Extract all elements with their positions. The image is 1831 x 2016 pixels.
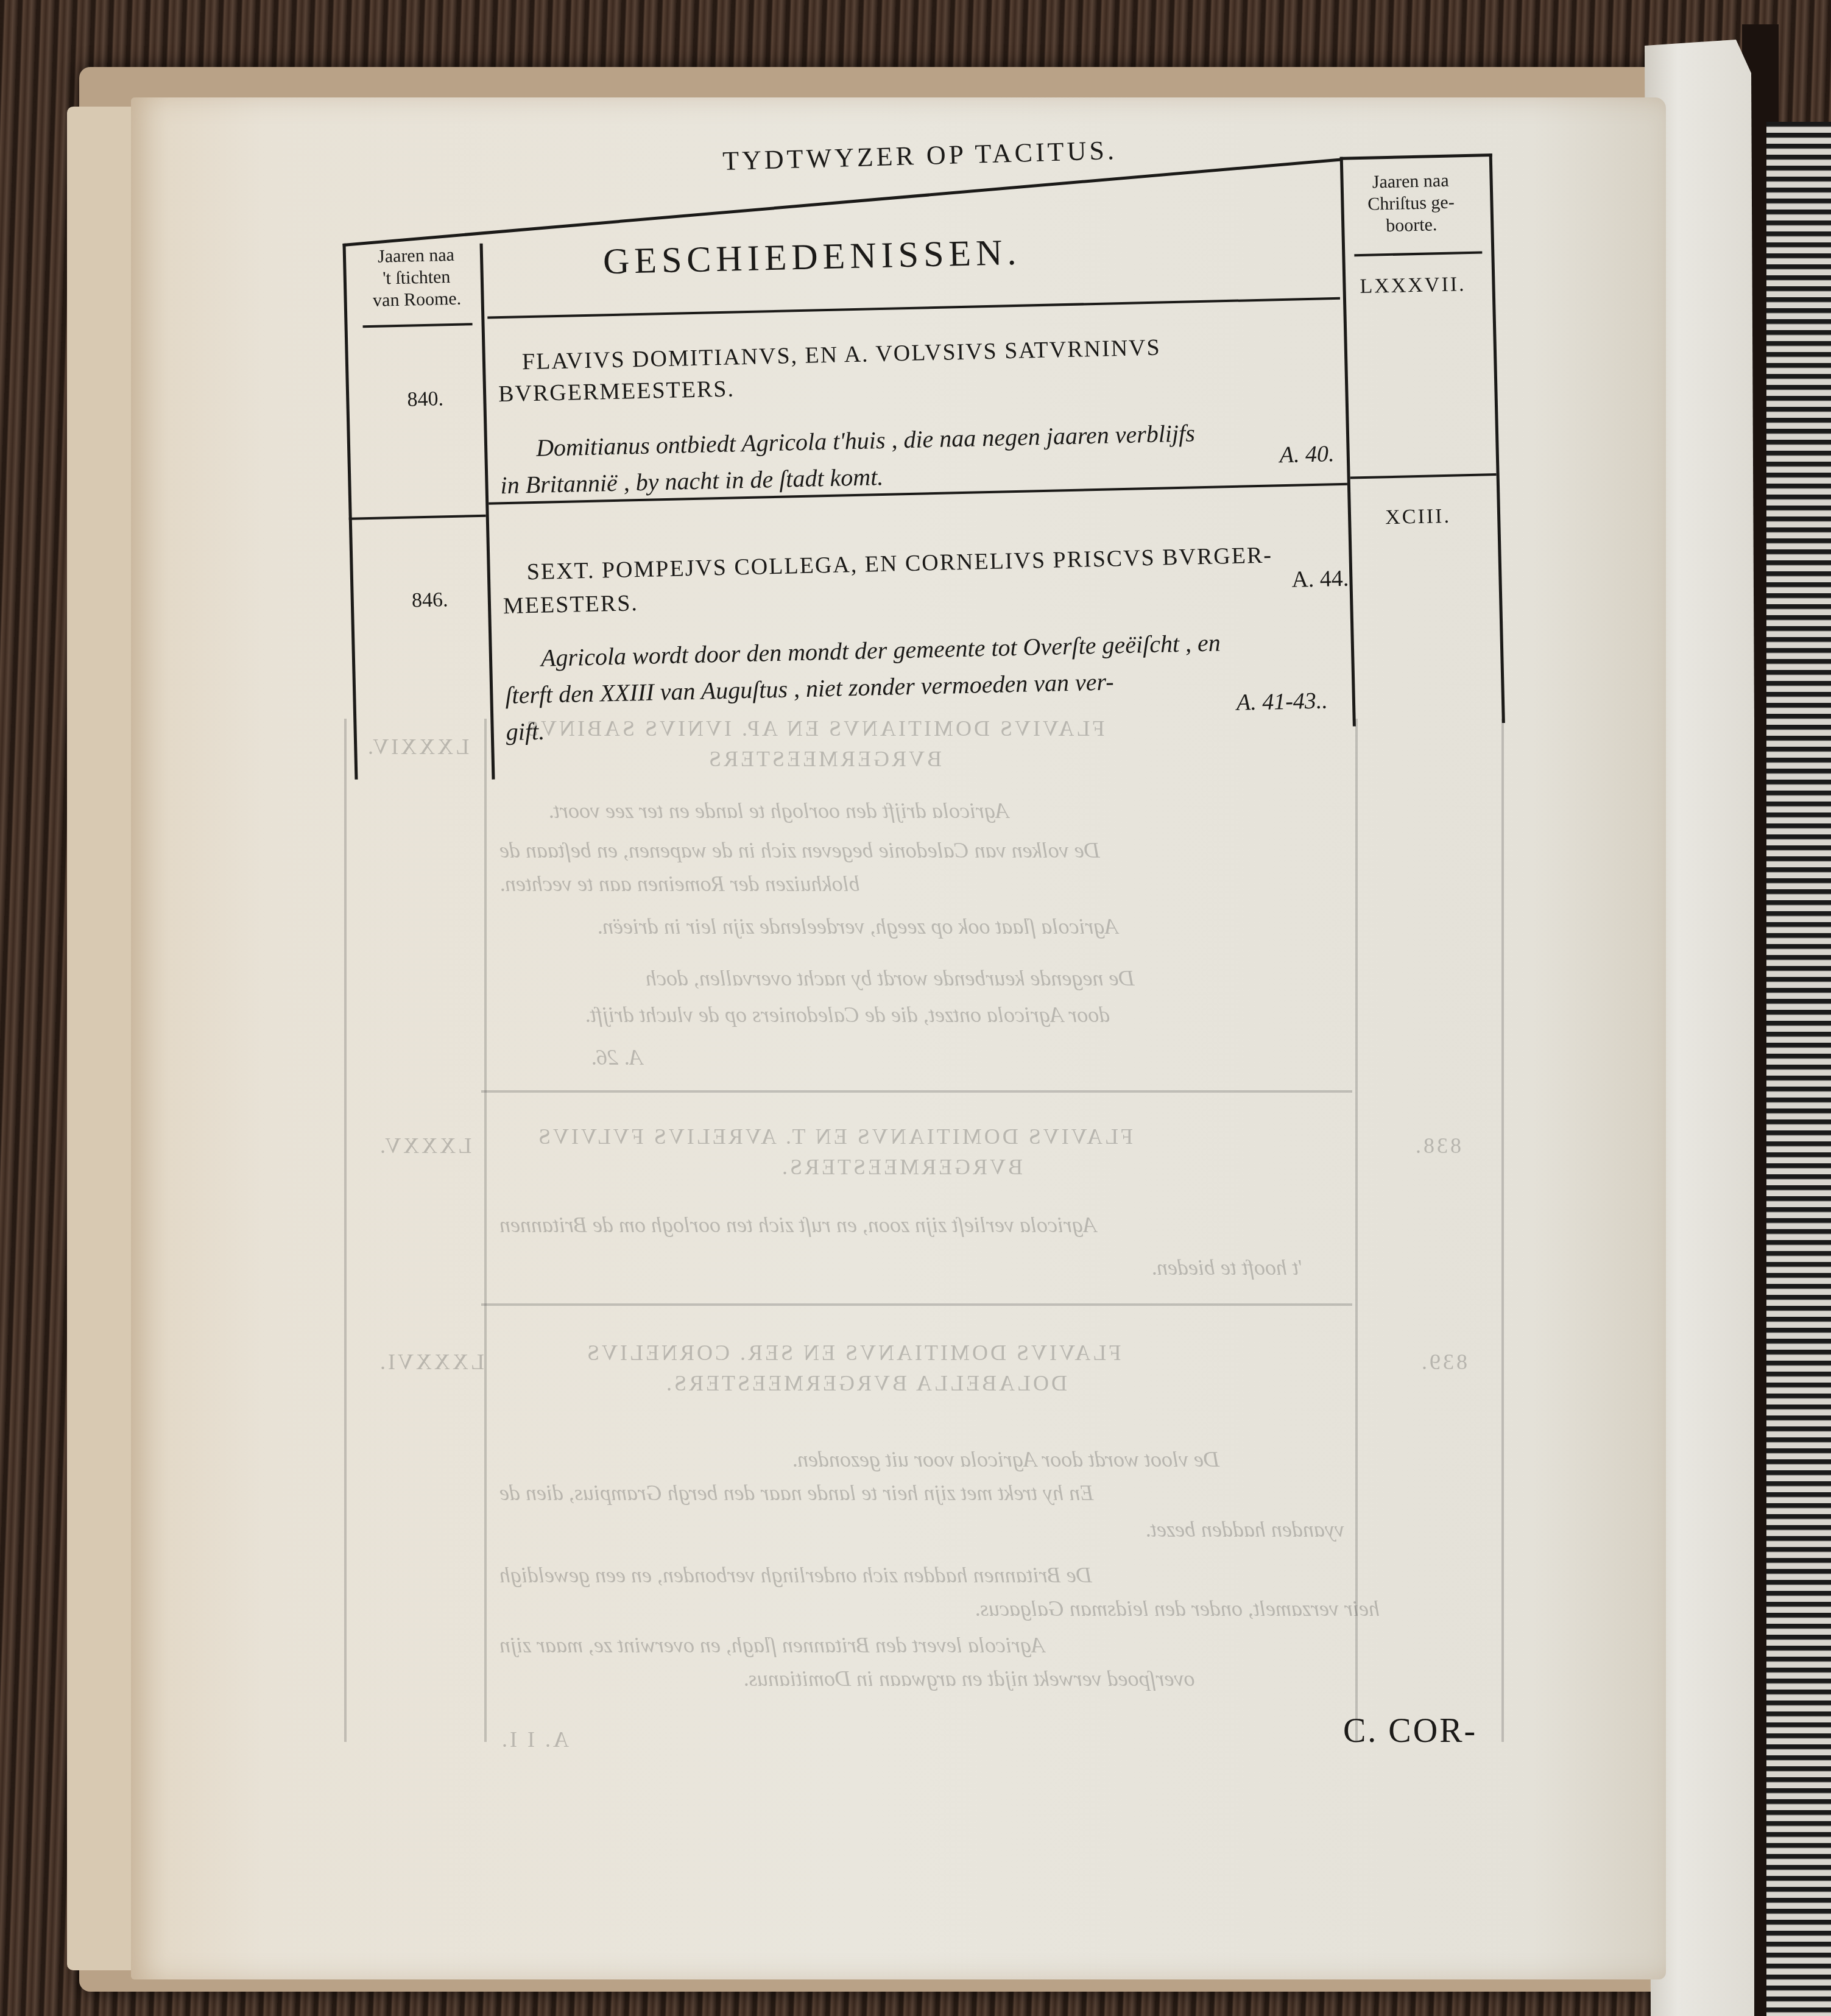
facing-engraving bbox=[1766, 122, 1831, 2016]
ghost-title: FLAVIVS DOMITIANVS EN T. AVRELIVS FVLVIV… bbox=[536, 1124, 1133, 1149]
header-line: Chriſtus ge- bbox=[1350, 191, 1472, 216]
ghost-line: De vloot wordt door Agricola voor uit ge… bbox=[792, 1447, 1219, 1472]
ghost-rule bbox=[481, 1090, 1352, 1093]
reference: A. 41-43.. bbox=[1236, 687, 1328, 716]
header-line: 't ſtichten bbox=[361, 266, 471, 290]
ghost-year: LXXXV. bbox=[378, 1133, 471, 1158]
ghost-line: Agricola levert den Britannen ſlagh, en … bbox=[499, 1632, 1045, 1658]
ghost-line: Agricola verlieſt zijn zoon, en ruſt zic… bbox=[499, 1212, 1096, 1238]
ghost-year: 838. bbox=[1413, 1133, 1461, 1158]
catchword: C. COR- bbox=[1343, 1711, 1477, 1750]
ghost-signature: A. I I. bbox=[499, 1727, 569, 1752]
header-line: Jaaren naa bbox=[361, 244, 471, 268]
year-rome: 846. bbox=[387, 588, 473, 613]
ghost-rule bbox=[1501, 719, 1504, 1742]
ghost-line: vyanden hadden bezet. bbox=[1145, 1517, 1344, 1542]
ghost-rule bbox=[344, 719, 347, 1742]
header-line: boorte. bbox=[1350, 213, 1473, 238]
ghost-line: door Agricola ontzet, die de Caledoniers… bbox=[585, 1002, 1110, 1027]
year-rome: 840. bbox=[383, 387, 468, 412]
ghost-line: En hy trekt met zijn heir te lande naar … bbox=[499, 1480, 1093, 1506]
ghost-line: Agricola ſlaat ook op zeegh, verdeelende… bbox=[597, 914, 1118, 939]
header-underline-left bbox=[363, 323, 473, 328]
year-christ: XCIII. bbox=[1354, 504, 1483, 530]
ghost-rule bbox=[484, 719, 487, 1742]
reference: A. 44. bbox=[1291, 565, 1349, 593]
ghost-line: blokhuizen der Romeinen aan te vechten. bbox=[499, 871, 860, 897]
ghost-rule bbox=[481, 1303, 1352, 1306]
ghost-ref: A. 26. bbox=[591, 1045, 643, 1070]
reference: A. 40. bbox=[1279, 440, 1335, 468]
header-underline-right bbox=[1354, 252, 1482, 257]
ghost-line: De Britannen hadden zich onderlingh verb… bbox=[499, 1562, 1092, 1588]
row-separator-left bbox=[349, 515, 486, 520]
header-years-christ: Jaaren naa Chriſtus ge- boorte. bbox=[1349, 169, 1472, 238]
ghost-title: BVRGERMEESTERS. bbox=[780, 1154, 1023, 1180]
ghost-line: De volken van Caledonie begeven zich in … bbox=[499, 837, 1100, 863]
ghost-rule bbox=[1355, 719, 1358, 1742]
header-underline-main bbox=[487, 297, 1340, 319]
ghost-year: LXXXVI. bbox=[378, 1349, 484, 1375]
top-rule-right bbox=[1340, 153, 1492, 160]
header-histories: GESCHIEDENISSEN. bbox=[599, 231, 1026, 283]
header-line: van Roome. bbox=[362, 287, 472, 312]
ghost-title: FLAVIVS DOMITIANVS EN SER. CORNELIVS bbox=[585, 1340, 1121, 1366]
chronology-table: Jaaren naa 't ſtichten van Roome. GESCHI… bbox=[341, 150, 1512, 786]
header-years-rome: Jaaren naa 't ſtichten van Roome. bbox=[361, 244, 472, 312]
ghost-line: Agricola drijft den oorlogh te lande en … bbox=[548, 798, 1009, 823]
ghost-year: 839. bbox=[1419, 1349, 1467, 1375]
ghost-line: heir verzamelt, onder den leidsman Galga… bbox=[975, 1596, 1380, 1621]
ghost-line: De negende keurbende wordt by nacht over… bbox=[646, 965, 1134, 991]
column-divider-left bbox=[480, 244, 495, 780]
header-line: Jaaren naa bbox=[1349, 169, 1472, 194]
row-separator-right bbox=[1350, 473, 1497, 479]
ghost-line: overſpoed verwekt nijdt en argwaan in Do… bbox=[743, 1666, 1195, 1691]
ghost-line: 't hooft te bieden. bbox=[1151, 1255, 1304, 1280]
ghost-title: DOLABELLA BVRGERMEESTERS. bbox=[664, 1370, 1067, 1396]
year-christ: LXXXVII. bbox=[1349, 273, 1477, 299]
